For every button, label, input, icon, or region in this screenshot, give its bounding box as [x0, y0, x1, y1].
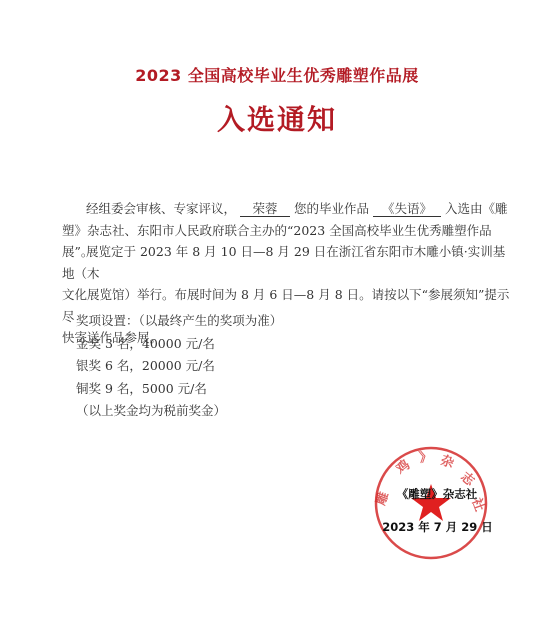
- paragraph-tail: 入选由《雕: [445, 201, 508, 216]
- paragraph-middle: 您的毕业作品: [294, 201, 369, 216]
- svg-text:杂: 杂: [439, 452, 456, 471]
- exhibition-title: 2023 全国高校毕业生优秀雕塑作品展: [0, 63, 554, 86]
- exhibition-line1: 展览定于 2023 年 8 月 10 日—8 月 29 日在浙江省东阳市木雕小镇…: [62, 244, 505, 281]
- official-seal: 鸡 》 杂 志 社 雕 《雕塑》杂志社 2023 年 7 月 29 日: [372, 444, 490, 562]
- award-gold: 金奖 3 名，40000 元/名: [76, 333, 526, 356]
- seal-date: 2023 年 7 月 29 日: [380, 519, 495, 535]
- seal-organization: 《雕塑》杂志社: [382, 486, 492, 502]
- award-silver: 银奖 6 名，20000 元/名: [76, 355, 526, 378]
- awards-note: （以上奖金均为税前奖金）: [76, 400, 526, 423]
- student-name: 荣蓉: [240, 201, 290, 217]
- award-bronze: 铜奖 9 名，5000 元/名: [76, 378, 526, 401]
- awards-heading: 奖项设置：（以最终产生的奖项为准）: [76, 310, 526, 333]
- notice-heading: 入选通知: [0, 98, 554, 138]
- seal-icon: 鸡 》 杂 志 社 雕: [372, 444, 490, 562]
- paragraph-lead: 经组委会审核、专家评议，: [86, 201, 236, 216]
- work-title: 《失语》: [373, 201, 441, 217]
- awards-section: 奖项设置：（以最终产生的奖项为准） 金奖 3 名，40000 元/名 银奖 6 …: [76, 310, 526, 423]
- svg-text:》: 》: [418, 448, 434, 466]
